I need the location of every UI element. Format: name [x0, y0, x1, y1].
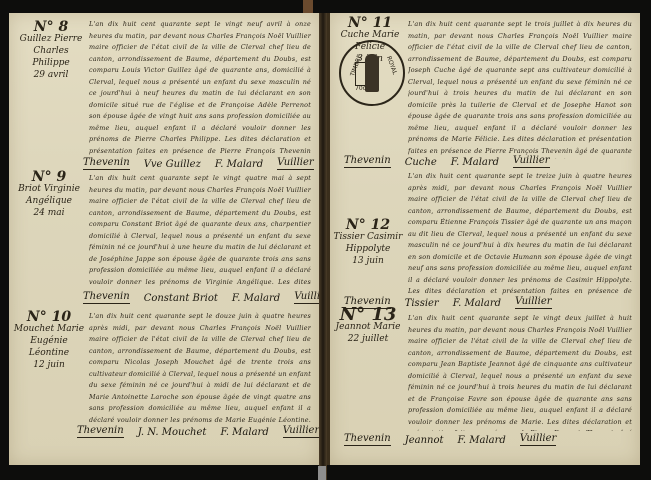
signature: Vuillier — [515, 296, 552, 309]
entry-text: L'an dix huit cent quarante sept le ving… — [408, 313, 632, 431]
stamp-label-right: ROYAL — [385, 55, 398, 75]
signature: F. Malard — [458, 435, 506, 446]
signature: Tissier — [405, 298, 439, 309]
signature: Thevenin — [83, 291, 130, 304]
signature: Vuillier — [277, 157, 314, 170]
entry-number: N° 8 — [15, 21, 87, 33]
entry-text: L'an dix huit cent quarante sept le ving… — [89, 19, 311, 157]
signature: F. Malard — [232, 293, 280, 304]
margin-note-entry-10: N° 10 Mouchet Marie Eugénie Léontine 12 … — [13, 311, 85, 371]
margin-note-entry-12: N° 12 Tissier Casimir Hippolyte 13 juin — [332, 219, 404, 267]
signature-row: Thevenin Vve Guillez F. Malard Vuillier — [83, 157, 314, 170]
entry-date: 13 juin — [352, 256, 384, 266]
entry-text: L'an dix huit cent quarante sept le trei… — [408, 171, 632, 297]
entry-number: N° 13 — [332, 309, 404, 321]
entry-text: L'an dix huit cent quarante sept le ving… — [89, 173, 311, 287]
signature: F. Malard — [215, 159, 263, 170]
signature: Thevenin — [77, 425, 124, 438]
signature: J. N. Mouchet — [138, 427, 207, 438]
stamp-figure-icon — [365, 54, 379, 92]
entry-text: L'an dix huit cent quarante sept le troi… — [408, 19, 632, 159]
margin-note-entry-9: N° 9 Briot Virginie Angélique 24 mai — [13, 171, 85, 219]
ribbon-tab-bottom — [318, 466, 326, 480]
signature: Vve Guillez — [144, 159, 201, 170]
signature: Thevenin — [344, 155, 391, 168]
signature: Cuche — [405, 157, 437, 168]
signature: Thevenin — [344, 433, 391, 446]
signature: Vuillier — [520, 433, 557, 446]
signature: Jeannot — [405, 435, 444, 446]
signature-row: Thevenin Constant Briot F. Malard Vuilli… — [83, 291, 331, 304]
signature: Vuillier — [283, 425, 320, 438]
entry-name: Mouchet Marie Eugénie Léontine — [14, 324, 84, 358]
entry-name: Guillez Pierre Charles Philippe — [20, 34, 83, 68]
margin-note-entry-13: N° 13 Jeannot Marie 22 juillet — [332, 309, 404, 345]
ribbon-tab-top — [303, 0, 313, 14]
entry-name: Jeannot Marie — [336, 322, 401, 332]
left-page: N° 8 Guillez Pierre Charles Philippe 29 … — [9, 13, 321, 465]
signature: Vuillier — [513, 155, 550, 168]
margin-note-entry-8: N° 8 Guillez Pierre Charles Philippe 29 … — [15, 21, 87, 81]
entry-text: L'an dix huit cent quarante sept le douz… — [89, 311, 311, 423]
signature-row: Thevenin Cuche F. Malard Vuillier — [344, 155, 550, 168]
entry-number: N° 10 — [13, 311, 85, 323]
entry-name: Tissier Casimir Hippolyte — [334, 232, 403, 254]
signature: Thevenin — [83, 157, 130, 170]
royal-tax-stamp: TIMBRE 70c ROYAL — [339, 40, 405, 106]
signature: F. Malard — [220, 427, 268, 438]
entry-date: 22 juillet — [348, 334, 388, 344]
signature: F. Malard — [453, 298, 501, 309]
entry-date: 24 mai — [33, 208, 64, 218]
entry-date: 29 avril — [34, 70, 69, 80]
entry-number: N° 11 — [334, 17, 406, 29]
entry-name: Briot Virginie Angélique — [18, 184, 80, 206]
stamp-value: 70c — [355, 85, 366, 92]
entry-number: N° 9 — [13, 171, 85, 183]
book-gutter — [319, 13, 327, 480]
signature-row: Thevenin Jeannot F. Malard Vuillier — [344, 433, 556, 446]
signature: F. Malard — [451, 157, 499, 168]
signature-row: Thevenin J. N. Mouchet F. Malard Vuillie… — [77, 425, 319, 438]
signature: Constant Briot — [144, 293, 218, 304]
entry-date: 12 juin — [33, 360, 65, 370]
entry-number: N° 12 — [332, 219, 404, 231]
